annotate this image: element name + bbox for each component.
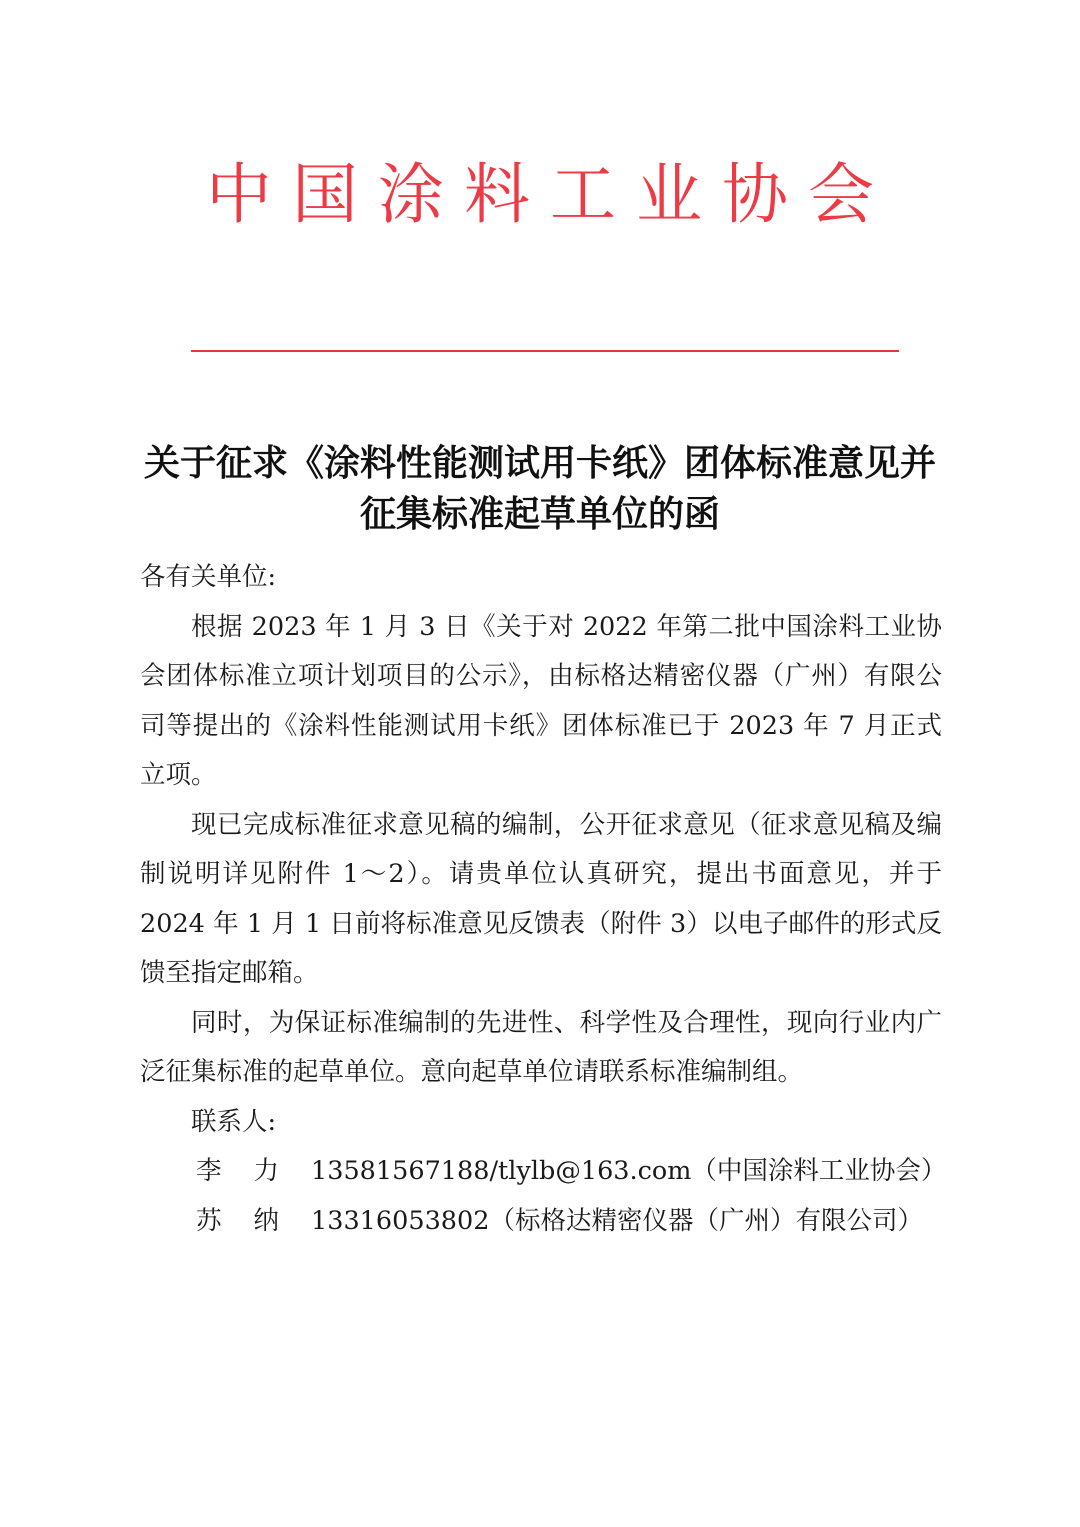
letterhead-divider (191, 350, 899, 352)
document-title-line-2: 征集标准起草单位的函 (100, 489, 980, 540)
organization-letterhead: 中国涂料工业协会 (0, 150, 1080, 240)
contact-name: 苏纳 (196, 1197, 311, 1247)
document-title-line-1: 关于征求《涂料性能测试用卡纸》团体标准意见并 (100, 438, 980, 489)
paragraph-call-for-comments: 现已完成标准征求意见稿的编制，公开征求意见（征求意见稿及编制说明详见附件 1～2… (140, 801, 942, 999)
contact-row: 苏纳13316053802（标格达精密仪器（广州）有限公司） (140, 1197, 942, 1247)
contact-info: 13581567188/tlylb@163.com（中国涂料工业协会） (311, 1156, 946, 1186)
document-body: 各有关单位: 根据 2023 年 1 月 3 日《关于对 2022 年第二批中国… (140, 553, 942, 1246)
document-title: 关于征求《涂料性能测试用卡纸》团体标准意见并 征集标准起草单位的函 (100, 438, 980, 540)
contact-name: 李力 (196, 1147, 311, 1197)
contact-row: 李力13581567188/tlylb@163.com（中国涂料工业协会） (140, 1147, 942, 1197)
salutation: 各有关单位: (140, 553, 942, 603)
paragraph-project-approval: 根据 2023 年 1 月 3 日《关于对 2022 年第二批中国涂料工业协会团… (140, 603, 942, 801)
contacts-label: 联系人: (140, 1098, 942, 1148)
paragraph-call-for-drafters: 同时，为保证标准编制的先进性、科学性及合理性，现向行业内广泛征集标准的起草单位。… (140, 999, 942, 1098)
contact-info: 13316053802（标格达精密仪器（广州）有限公司） (311, 1206, 923, 1236)
